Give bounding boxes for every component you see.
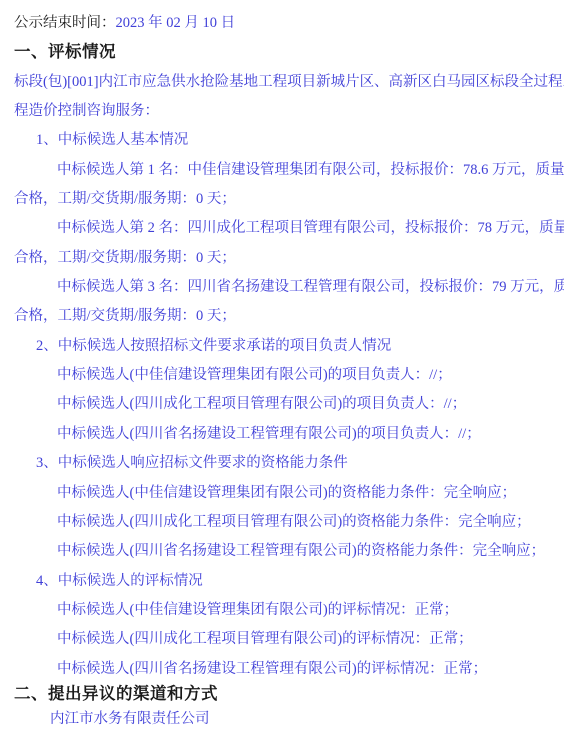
candidate-1-qualification: 中标候选人(中佳信建设管理集团有限公司)的资格能力条件：完全响应； [14,479,550,508]
publicity-end-time-black-segment: 公示结束时间： [14,15,116,31]
candidate-3-info-line-2: 合格，工期/交货期/服务期：0 天； [14,302,550,331]
publicity-end-time: 公示结束时间：2023 年 02 月 10 日 [14,9,550,38]
candidate-3-info-line-1: 中标候选人第 3 名：四川省名扬建设工程管理有限公司，投标报价：79 万元，质量… [14,273,550,302]
candidate-2-evaluation: 中标候选人(四川成化工程项目管理有限公司)的评标情况：正常； [14,625,550,654]
candidate-3-project-leader: 中标候选人(四川省名扬建设工程管理有限公司)的项目负责人：//； [14,420,550,449]
item-1-heading: 1、中标候选人基本情况 [14,126,550,155]
bid-section-desc-line-2: 程造价控制咨询服务： [14,97,550,126]
candidate-1-evaluation: 中标候选人(中佳信建设管理集团有限公司)的评标情况：正常； [14,596,550,625]
candidate-1-info-line-1: 中标候选人第 1 名：中佳信建设管理集团有限公司，投标报价：78.6 万元，质量… [14,156,550,185]
candidate-2-project-leader: 中标候选人(四川成化工程项目管理有限公司)的项目负责人：//； [14,390,550,419]
tenderee-name: 内江市水务有限责任公司 [14,705,550,732]
bid-section-desc-line-1: 标段(包)[001]内江市应急供水抢险基地工程项目新城片区、高新区白马园区标段全… [14,68,550,97]
section-1-heading: 一、评标情况 [14,38,550,67]
candidate-3-qualification: 中标候选人(四川省名扬建设工程管理有限公司)的资格能力条件：完全响应； [14,537,550,566]
candidate-2-info-line-1: 中标候选人第 2 名：四川成化工程项目管理有限公司，投标报价：78 万元，质量： [14,214,550,243]
item-2-heading: 2、中标候选人按照招标文件要求承诺的项目负责人情况 [14,332,550,361]
candidate-1-info-line-2: 合格，工期/交货期/服务期：0 天； [14,185,550,214]
document-body: 公示结束时间：2023 年 02 月 10 日一、评标情况标段(包)[001]内… [0,0,564,732]
candidate-2-qualification: 中标候选人(四川成化工程项目管理有限公司)的资格能力条件：完全响应； [14,508,550,537]
publicity-end-time-blue-segment: 2023 年 02 月 10 日 [116,15,236,31]
candidate-1-project-leader: 中标候选人(中佳信建设管理集团有限公司)的项目负责人：//； [14,361,550,390]
item-3-heading: 3、中标候选人响应招标文件要求的资格能力条件 [14,449,550,478]
candidate-2-info-line-2: 合格，工期/交货期/服务期：0 天； [14,244,550,273]
item-4-heading: 4、中标候选人的评标情况 [14,567,550,596]
